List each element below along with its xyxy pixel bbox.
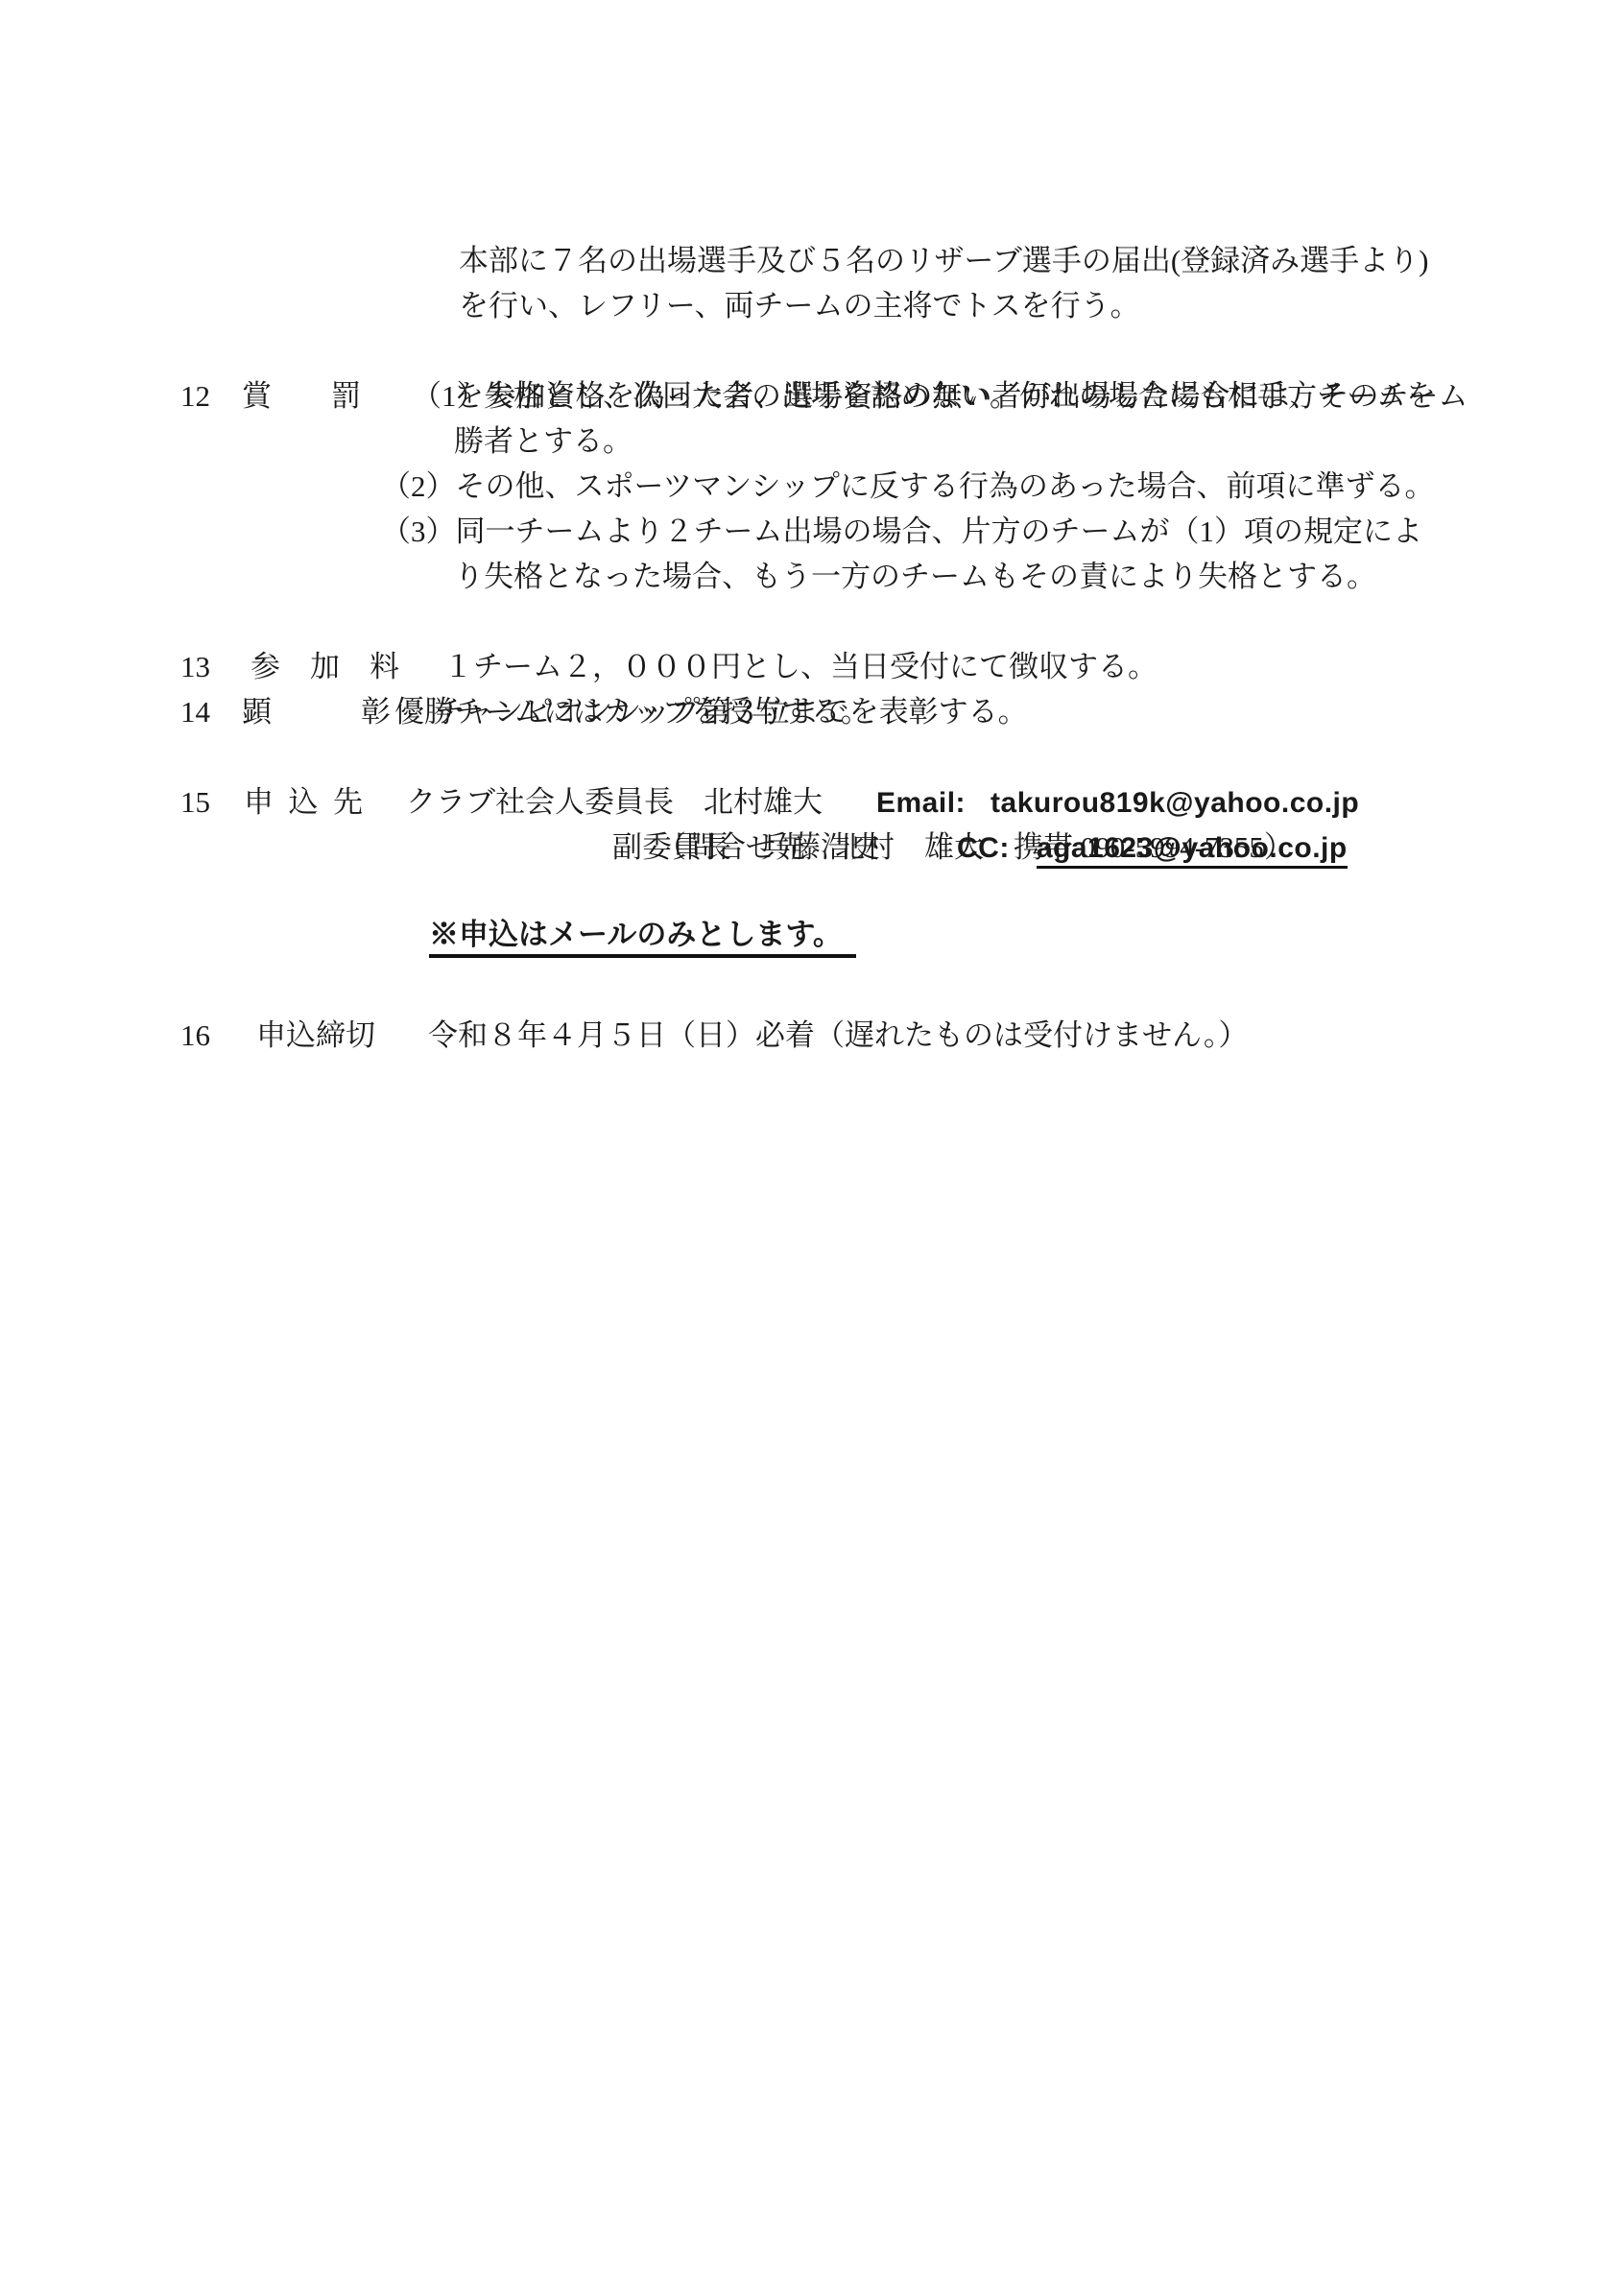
item-16-text: 令和８年４月５日（日）必着（遅れたものは受付けません。） <box>428 1018 1248 1052</box>
item-14-text-line-2: 優勝チームにはカップを授与する。 <box>394 689 871 734</box>
item-15-inquiry: （問合せ先 北村 雄大 携帯 090-5994-7355） <box>656 825 1294 870</box>
intro-line-2: を行い、レフリー、両チームの主将でトスを行う。 <box>459 283 1140 328</box>
item-16-row: 16申込締切令和８年４月５日（日）必着（遅れたものは受付けません。） <box>151 968 1248 1103</box>
item-14-number: 14 <box>180 689 210 734</box>
item-12-clause-1-line-2: を失格とし、次回大会の出場を認めない。何れの場合にも相手方チームを <box>454 373 1436 419</box>
item-15-label: 申 込 先 <box>244 779 363 825</box>
item-16-number: 16 <box>180 1013 210 1058</box>
item-15-number: 15 <box>180 779 210 825</box>
mail-only-note: ※申込はメールのみとします。 <box>429 918 856 958</box>
item-12-clause-3-line-1: （3）同一チームより２チーム出場の場合、片方のチームが（1）項の規定によ <box>381 509 1422 554</box>
item-12-number: 12 <box>180 373 210 419</box>
document-page: 本部に７名の出場選手及び５名のリザーブ選手の届出(登録済み選手より) を行い、レ… <box>0 0 1623 2296</box>
item-12-clause-1-line-3: 勝者とする。 <box>454 419 632 464</box>
item-12-clause-3-line-2: り失格となった場合、もう一方のチームもその責により失格とする。 <box>454 554 1376 599</box>
item-12-clause-2: （2）その他、スポーツマンシップに反する行為のあった場合、前項に準ずる。 <box>381 464 1435 509</box>
item-12-label: 賞 罰 <box>242 373 361 419</box>
intro-line-1: 本部に７名の出場選手及び５名のリザーブ選手の届出(登録済み選手より) <box>459 238 1428 283</box>
item-14-label: 顕 彰 <box>242 689 391 734</box>
item-16-label: 申込締切 <box>256 1013 375 1058</box>
